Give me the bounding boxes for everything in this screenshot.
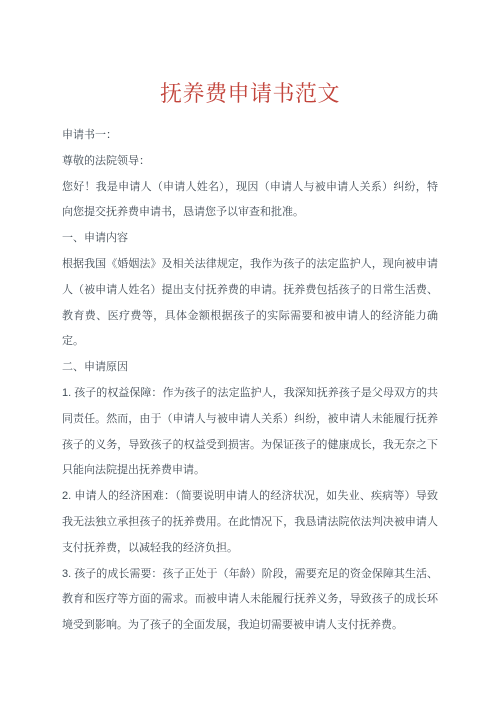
paragraph: 一、申请内容 <box>62 226 438 252</box>
paragraph: 二、申请原因 <box>62 355 438 381</box>
paragraph: 尊敬的法院领导： <box>62 149 438 175</box>
document-page: 抚养费申请书范文 申请书一：尊敬的法院领导：您好！我是申请人（申请人姓名），现因… <box>0 0 500 707</box>
document-title: 抚养费申请书范文 <box>62 79 438 109</box>
paragraph: 申请书一： <box>62 123 438 149</box>
paragraph: 1. 孩子的权益保障：作为孩子的法定监护人，我深知抚养孩子是父母双方的共同责任。… <box>62 381 438 484</box>
paragraph: 2. 申请人的经济困难：（简要说明申请人的经济状况，如失业、疾病等）导致我无法独… <box>62 484 438 561</box>
document-body: 申请书一：尊敬的法院领导：您好！我是申请人（申请人姓名），现因（申请人与被申请人… <box>62 123 438 639</box>
document-content: 抚养费申请书范文 申请书一：尊敬的法院领导：您好！我是申请人（申请人姓名），现因… <box>0 0 500 639</box>
paragraph: 您好！我是申请人（申请人姓名），现因（申请人与被申请人关系）纠纷，特向您提交抚养… <box>62 175 438 227</box>
paragraph: 根据我国《婚姻法》及相关法律规定，我作为孩子的法定监护人，现向被申请人（被申请人… <box>62 252 438 355</box>
paragraph: 3. 孩子的成长需要：孩子正处于（年龄）阶段，需要充足的资金保障其生活、教育和医… <box>62 562 438 639</box>
